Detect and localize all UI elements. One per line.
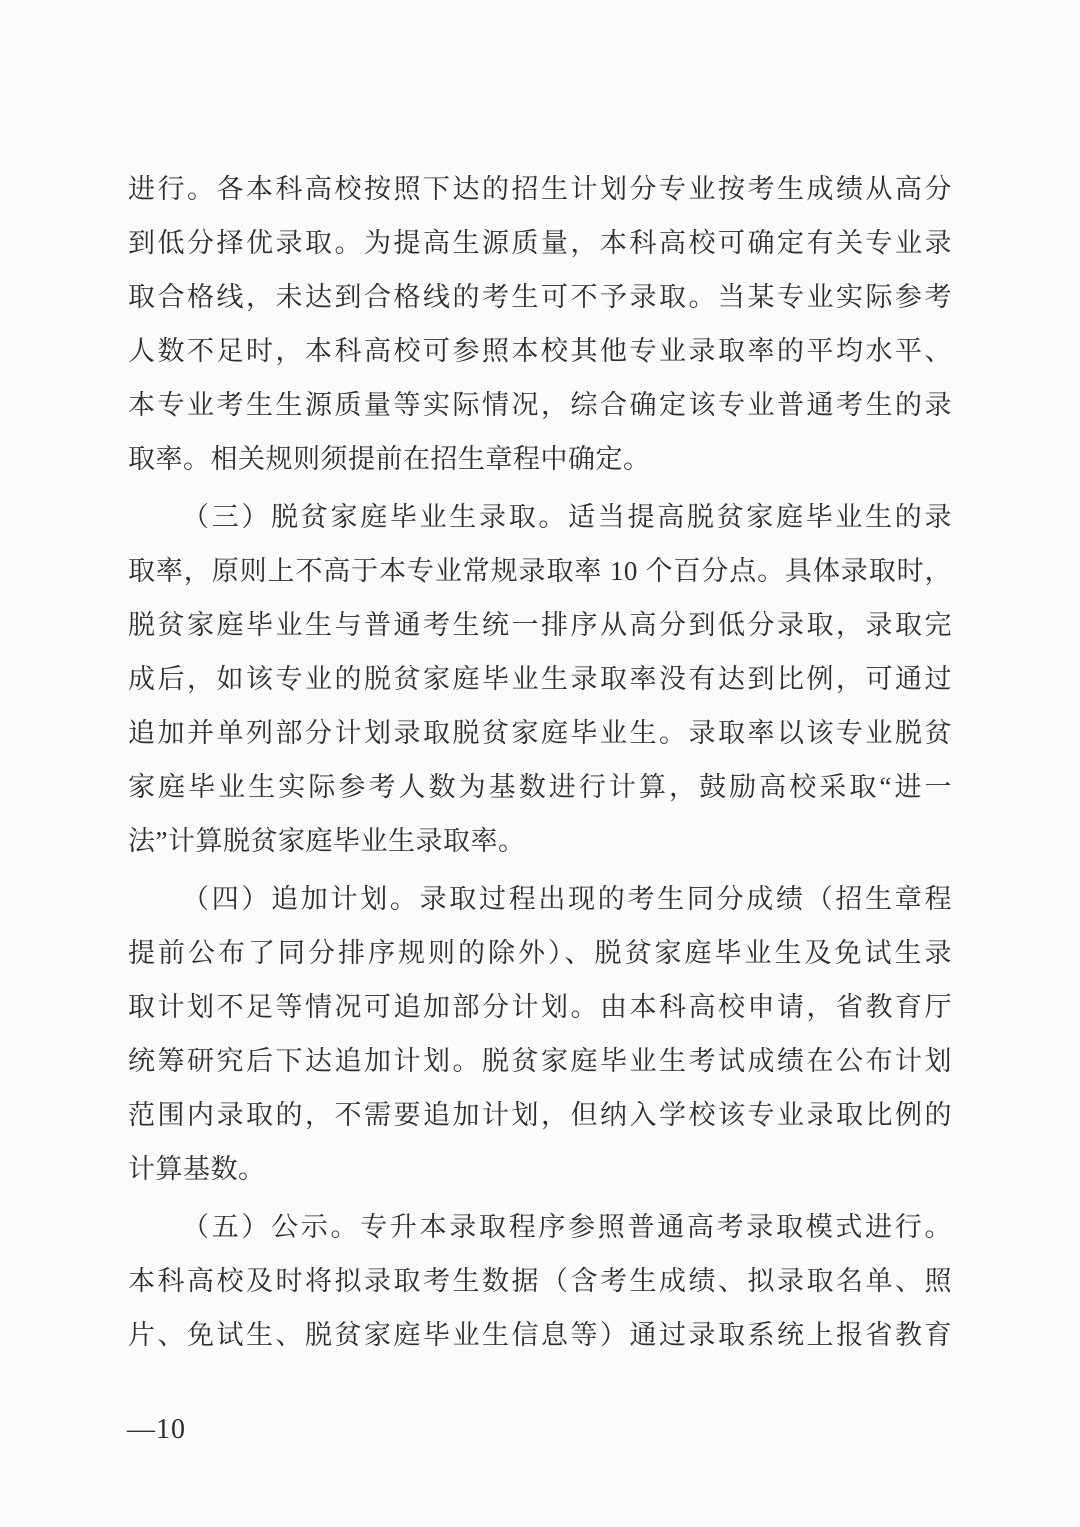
- section-heading: （三）脱贫家庭毕业生录取。: [182, 502, 568, 532]
- text-line: 法”计算脱贫家庭毕业生录取率。: [128, 814, 952, 868]
- text-line: 提前公布了同分排序规则的除外）、脱贫家庭毕业生及免试生录: [128, 926, 952, 980]
- text-line: 到低分择优录取。为提高生源质量，本科高校可确定有关专业录: [128, 216, 952, 270]
- text-line: （三）脱贫家庭毕业生录取。适当提高脱贫家庭毕业生的录: [128, 490, 952, 544]
- paragraph-section-3: （三）脱贫家庭毕业生录取。适当提高脱贫家庭毕业生的录 取率，原则上不高于本专业常…: [128, 490, 952, 868]
- text-line: 取合格线，未达到合格线的考生可不予录取。当某专业实际参考: [128, 270, 952, 324]
- text-line: 成后，如该专业的脱贫家庭毕业生录取率没有达到比例，可通过: [128, 652, 952, 706]
- text-line: 追加并单列部分计划录取脱贫家庭毕业生。录取率以该专业脱贫: [128, 706, 952, 760]
- text-line: 本专业考生生源质量等实际情况，综合确定该专业普通考生的录: [128, 378, 952, 432]
- paragraph-continuation: 进行。各本科高校按照下达的招生计划分专业按考生成绩从高分 到低分择优录取。为提高…: [128, 162, 952, 486]
- text-line: 取计划不足等情况可追加部分计划。由本科高校申请，省教育厅: [128, 980, 952, 1034]
- text-line: 取率，原则上不高于本专业常规录取率 10 个百分点。具体录取时，: [128, 544, 952, 598]
- document-page: 进行。各本科高校按照下达的招生计划分专业按考生成绩从高分 到低分择优录取。为提高…: [0, 0, 1080, 1527]
- document-body: 进行。各本科高校按照下达的招生计划分专业按考生成绩从高分 到低分择优录取。为提高…: [128, 162, 952, 1362]
- text-line: 人数不足时，本科高校可参照本校其他专业录取率的平均水平、: [128, 324, 952, 378]
- text-run: 适当提高脱贫家庭毕业生的录: [568, 502, 952, 532]
- text-line: 片、免试生、脱贫家庭毕业生信息等）通过录取系统上报省教育: [128, 1308, 952, 1362]
- paragraph-section-4: （四）追加计划。录取过程出现的考生同分成绩（招生章程 提前公布了同分排序规则的除…: [128, 872, 952, 1196]
- text-line: 计算基数。: [128, 1142, 952, 1196]
- text-line: 取率。相关规则须提前在招生章程中确定。: [128, 432, 952, 486]
- text-run: 专升本录取程序参照普通高考录取模式进行。: [360, 1212, 952, 1242]
- paragraph-section-5: （五）公示。专升本录取程序参照普通高考录取模式进行。 本科高校及时将拟录取考生数…: [128, 1200, 952, 1362]
- text-line: 进行。各本科高校按照下达的招生计划分专业按考生成绩从高分: [128, 162, 952, 216]
- section-heading: （四）追加计划。: [182, 884, 420, 914]
- text-line: 脱贫家庭毕业生与普通考生统一排序从高分到低分录取，录取完: [128, 598, 952, 652]
- text-line: （四）追加计划。录取过程出现的考生同分成绩（招生章程: [128, 872, 952, 926]
- text-line: 家庭毕业生实际参考人数为基数进行计算，鼓励高校采取“进一: [128, 760, 952, 814]
- text-line: （五）公示。专升本录取程序参照普通高考录取模式进行。: [128, 1200, 952, 1254]
- text-line: 范围内录取的，不需要追加计划，但纳入学校该专业录取比例的: [128, 1088, 952, 1142]
- text-line: 统筹研究后下达追加计划。脱贫家庭毕业生考试成绩在公布计划: [128, 1034, 952, 1088]
- page-number: —10: [127, 1403, 186, 1457]
- text-run: 录取过程出现的考生同分成绩（招生章程: [420, 884, 952, 914]
- section-heading: （五）公示。: [182, 1212, 360, 1242]
- text-line: 本科高校及时将拟录取考生数据（含考生成绩、拟录取名单、照: [128, 1254, 952, 1308]
